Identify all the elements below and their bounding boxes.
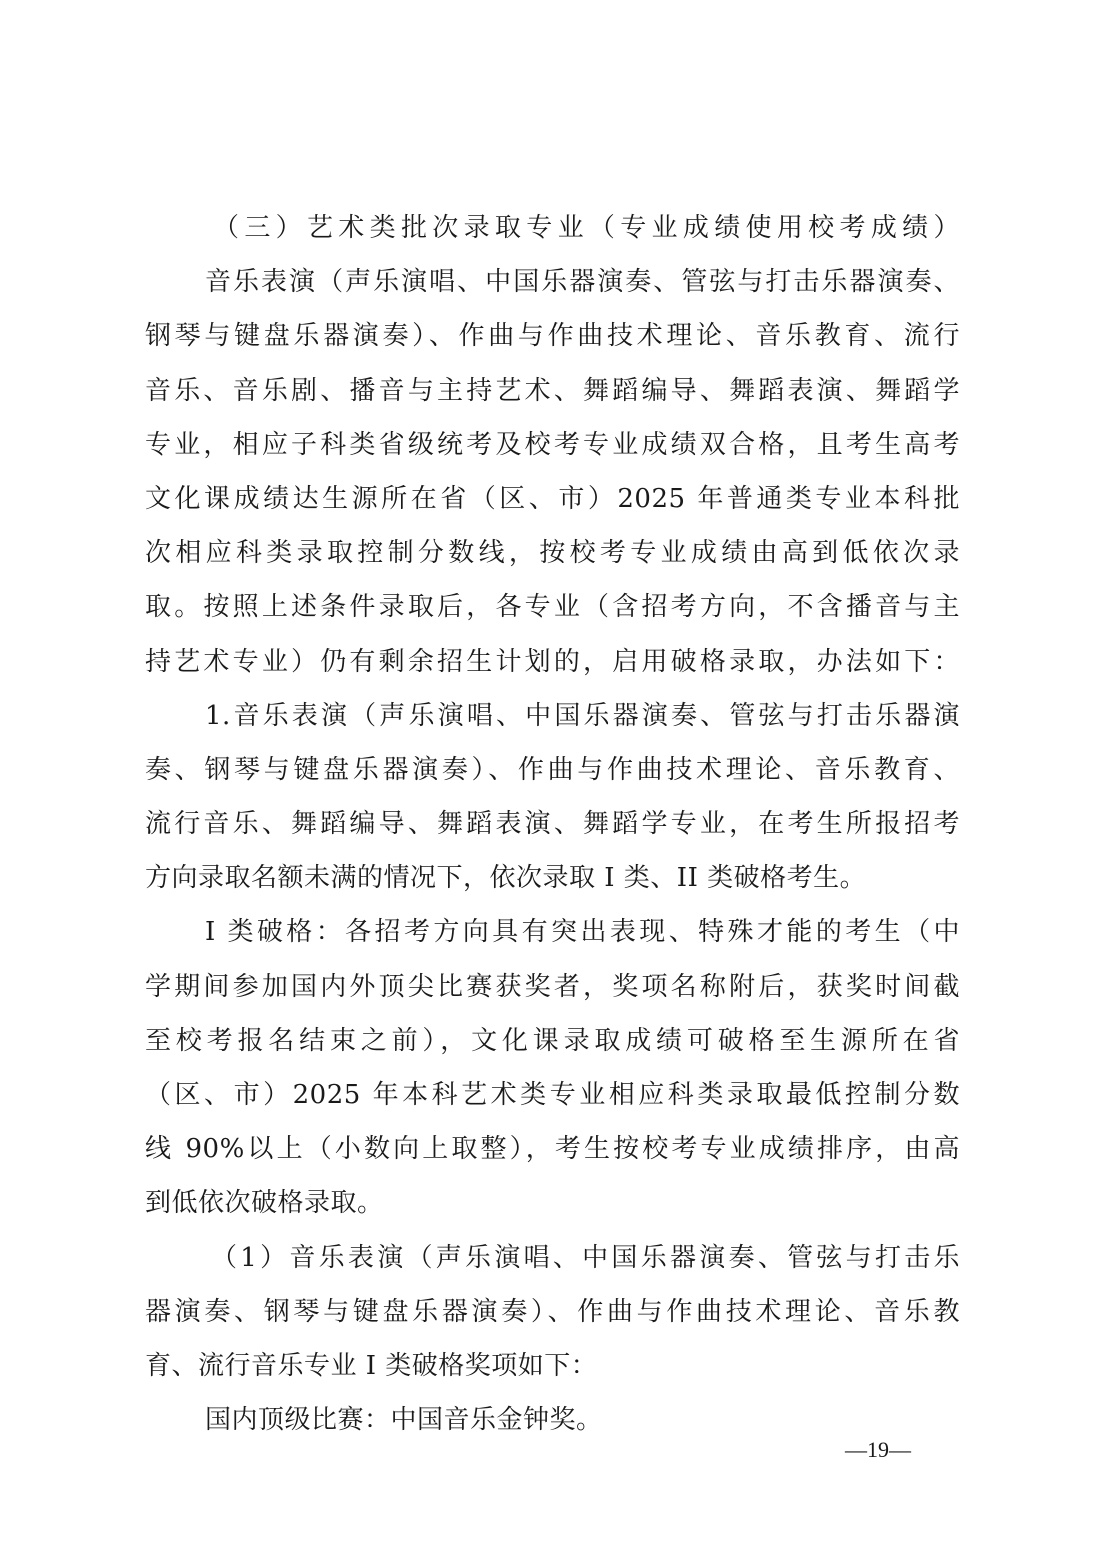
page-number: —19— [845, 1437, 911, 1463]
paragraph-line: 育、流行音乐专业 I 类破格奖项如下： [145, 1339, 960, 1393]
paragraph-line: 学期间参加国内外顶尖比赛获奖者，奖项名称附后，获奖时间截 [145, 960, 960, 1014]
paragraph-line: 文化课成绩达生源所在省（区、市）2025 年普通类专业本科批 [145, 472, 960, 526]
paragraph-line: I 类破格：各招考方向具有突出表现、特殊才能的考生（中 [145, 905, 960, 959]
paragraph-line: 流行音乐、舞蹈编导、舞蹈表演、舞蹈学专业，在考生所报招考 [145, 797, 960, 851]
paragraph-line: 音乐、音乐剧、播音与主持艺术、舞蹈编导、舞蹈表演、舞蹈学 [145, 364, 960, 418]
paragraph-line: 音乐表演（声乐演唱、中国乐器演奏、管弦与打击乐器演奏、 [145, 255, 960, 309]
document-page: （三）艺术类批次录取专业（专业成绩使用校考成绩） 音乐表演（声乐演唱、中国乐器演… [0, 0, 1102, 1559]
paragraph-line: 取。按照上述条件录取后，各专业（含招考方向，不含播音与主 [145, 580, 960, 634]
paragraph-line: 方向录取名额未满的情况下，依次录取 I 类、II 类破格考生。 [145, 851, 960, 905]
paragraph-line: 器演奏、钢琴与键盘乐器演奏）、作曲与作曲技术理论、音乐教 [145, 1285, 960, 1339]
paragraph-line: 次相应科类录取控制分数线，按校考专业成绩由高到低依次录 [145, 526, 960, 580]
numbered-item-line: 1.音乐表演（声乐演唱、中国乐器演奏、管弦与打击乐器演 [145, 689, 960, 743]
section-heading: （三）艺术类批次录取专业（专业成绩使用校考成绩） [145, 201, 960, 255]
paragraph-line: 专业，相应子科类省级统考及校考专业成绩双合格，且考生高考 [145, 418, 960, 472]
paragraph-line: 国内顶级比赛：中国音乐金钟奖。 [145, 1393, 960, 1447]
paragraph-line: 持艺术专业）仍有剩余招生计划的，启用破格录取，办法如下： [145, 635, 960, 689]
paragraph-line: 奏、钢琴与键盘乐器演奏）、作曲与作曲技术理论、音乐教育、 [145, 743, 960, 797]
paragraph-line: （区、市）2025 年本科艺术类专业相应科类录取最低控制分数 [145, 1068, 960, 1122]
body-text: （三）艺术类批次录取专业（专业成绩使用校考成绩） 音乐表演（声乐演唱、中国乐器演… [145, 201, 960, 1447]
paragraph-line: 线 90%以上（小数向上取整），考生按校考专业成绩排序，由高 [145, 1122, 960, 1176]
paragraph-line: 钢琴与键盘乐器演奏）、作曲与作曲技术理论、音乐教育、流行 [145, 309, 960, 363]
paragraph-line: 至校考报名结束之前），文化课录取成绩可破格至生源所在省 [145, 1014, 960, 1068]
paragraph-line: 到低依次破格录取。 [145, 1176, 960, 1230]
sub-item-line: （1）音乐表演（声乐演唱、中国乐器演奏、管弦与打击乐 [145, 1231, 960, 1285]
